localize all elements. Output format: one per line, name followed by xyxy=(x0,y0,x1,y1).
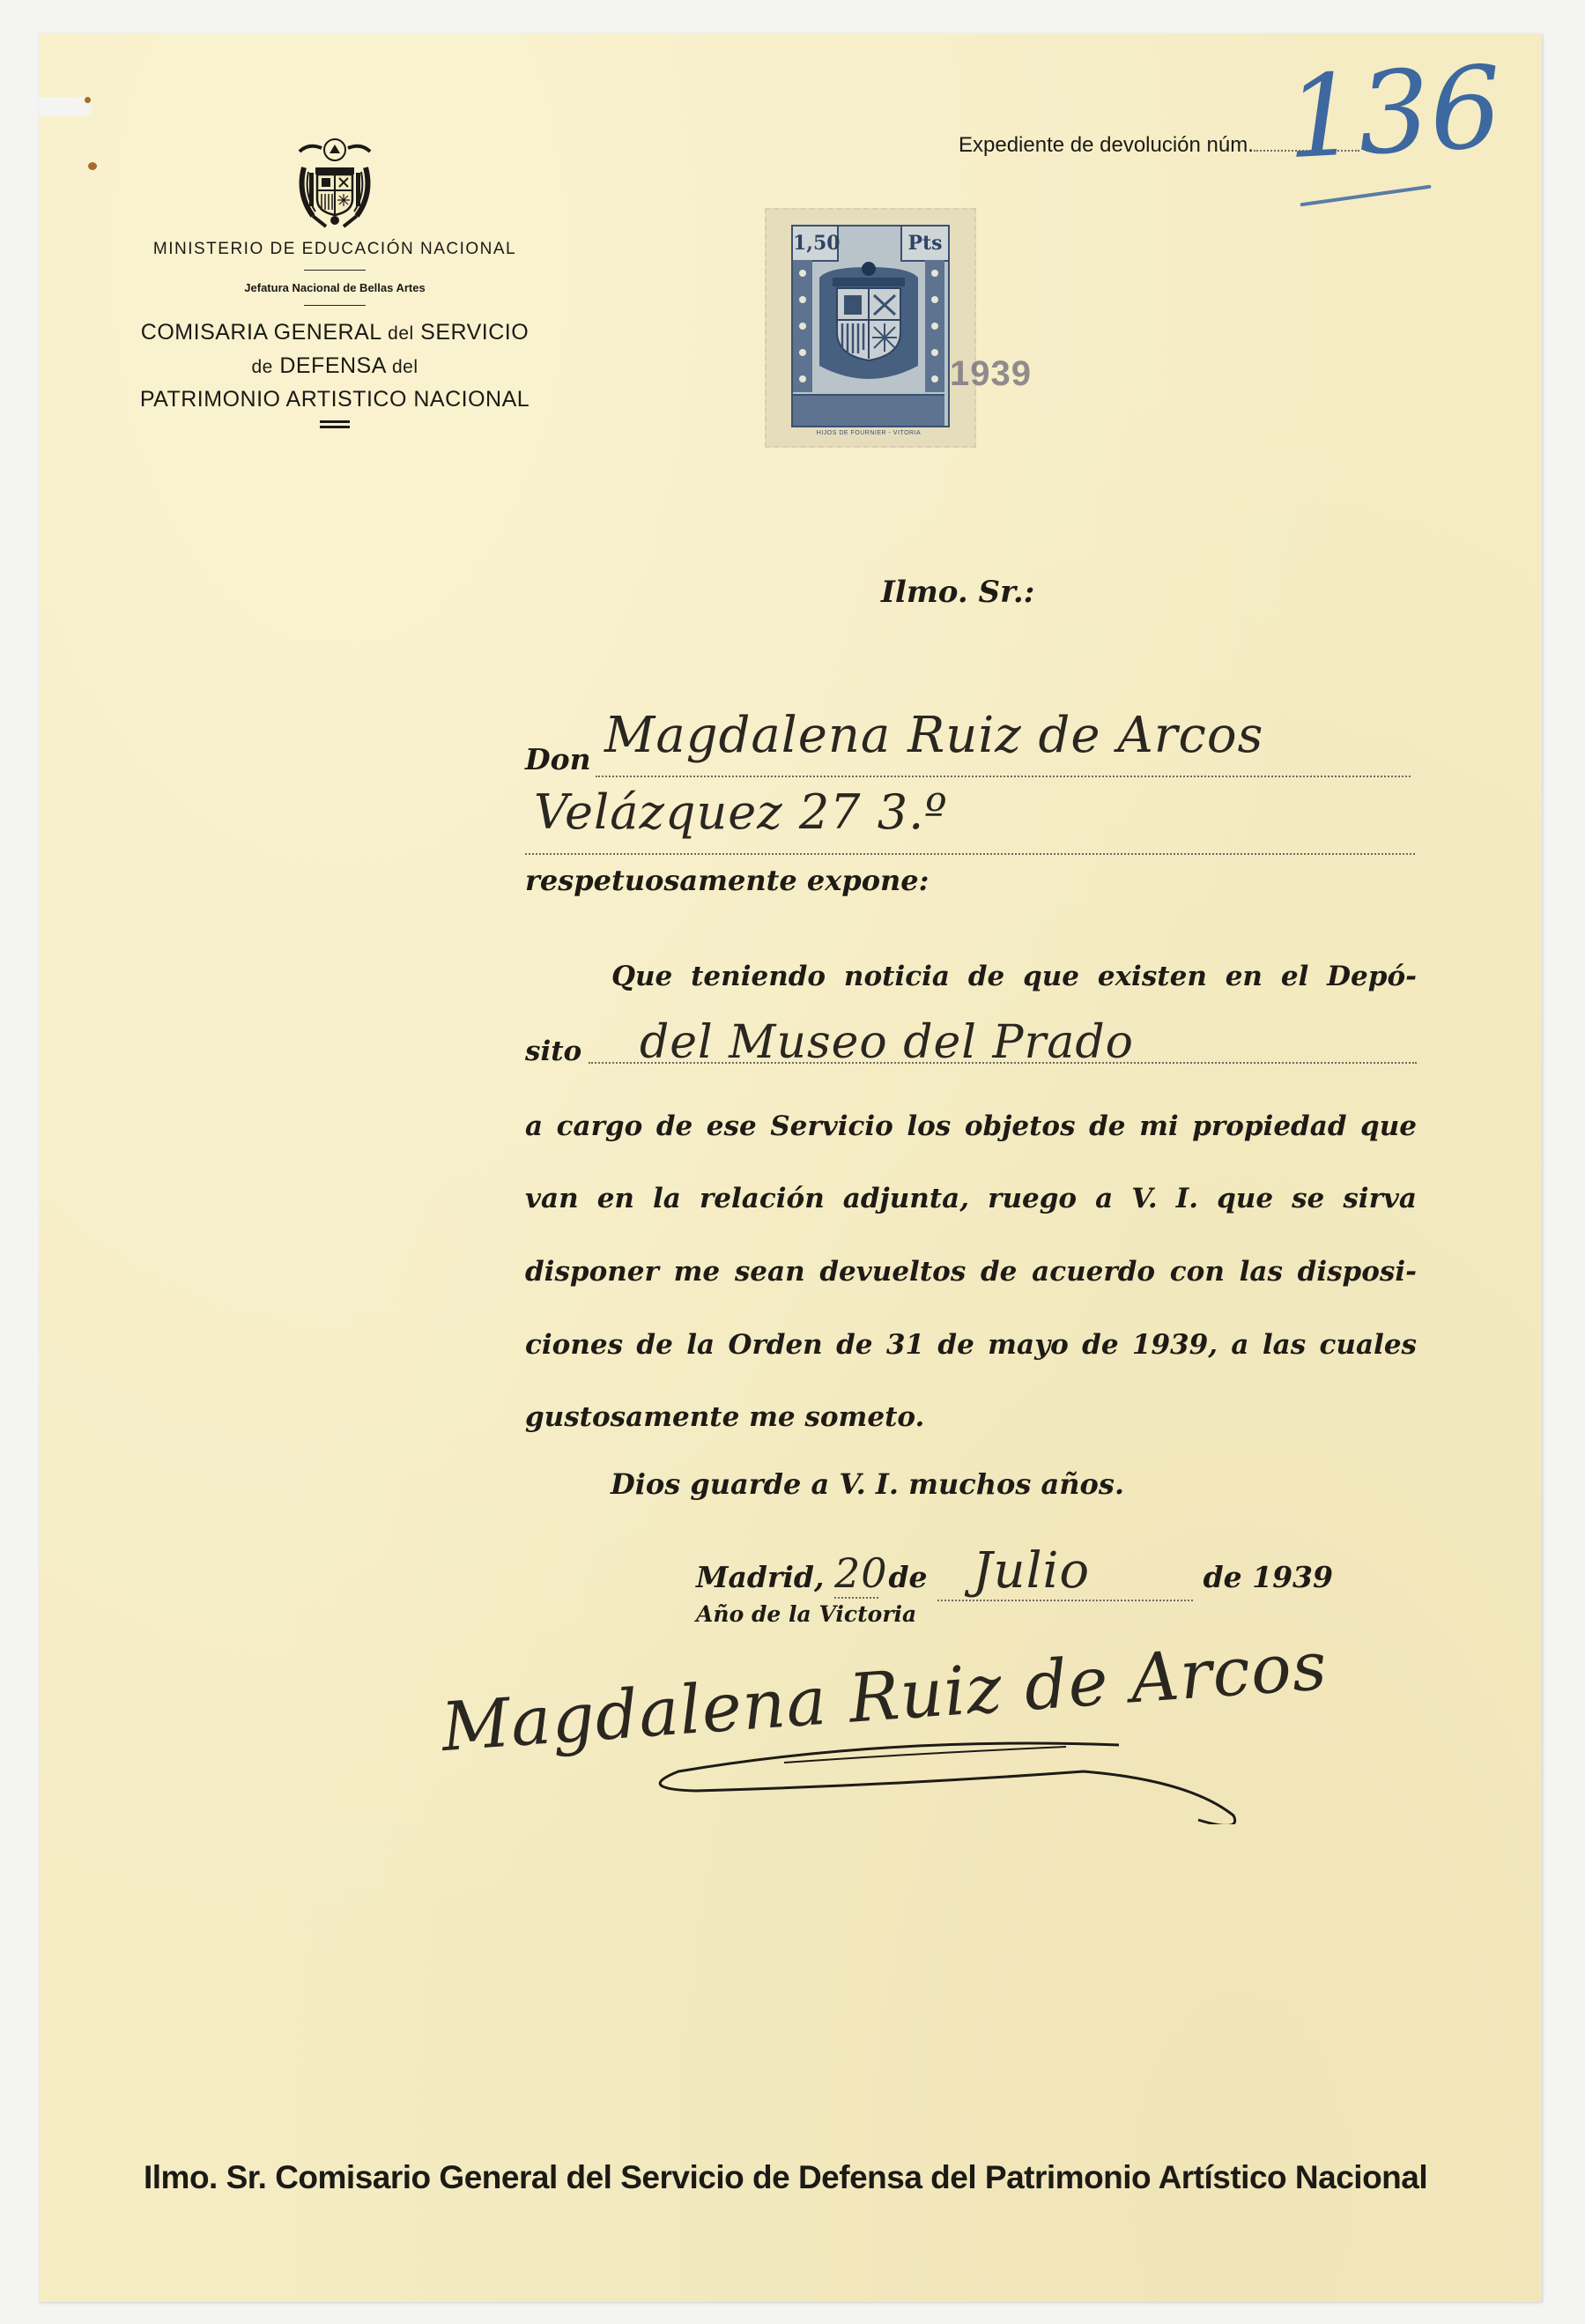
spanish-eagle-coat-of-arms-icon xyxy=(286,132,383,229)
body-line-7: gustosamente me someto. xyxy=(525,1401,1417,1433)
divider xyxy=(304,270,366,271)
body-line-4: van en la relación adjunta, ruego a V. I… xyxy=(525,1183,1417,1214)
body-line-3: a cargo de ese Servicio los objetos de m… xyxy=(525,1110,1417,1142)
comisaria-line1-b: del xyxy=(388,323,414,344)
signature-flourish xyxy=(626,1727,1260,1824)
de-label: de xyxy=(888,1560,927,1594)
jefatura-name: Jefatura Nacional de Bellas Artes xyxy=(88,281,581,294)
handwritten-deposito: del Museo del Prado xyxy=(640,1016,1134,1069)
name-line xyxy=(596,776,1411,777)
divider xyxy=(304,305,366,306)
victory-year: Año de la Victoria xyxy=(696,1601,916,1627)
comisaria-line1-c: SERVICIO xyxy=(420,320,529,345)
handwritten-name: Magdalena Ruiz de Arcos xyxy=(604,707,1263,764)
comisaria-line2-c: del xyxy=(392,357,418,377)
ministry-name: MINISTERIO DE EDUCACIÓN NACIONAL xyxy=(88,240,581,259)
comisaria-line2-a: de xyxy=(252,357,273,377)
stamp-cancellation: 1939 xyxy=(950,354,1032,394)
double-rule xyxy=(320,420,350,428)
salutation: Ilmo. Sr.: xyxy=(881,575,1034,610)
closing-formula: Dios guarde a V. I. muchos años. xyxy=(611,1467,1124,1501)
comisaria-line3: PATRIMONIO ARTISTICO NACIONAL xyxy=(88,383,581,415)
stamp-value-box: 1,50 xyxy=(793,226,839,262)
expediente-number: 136 xyxy=(1284,52,1505,176)
date-line: Madrid, 20 de Julio de 1939 xyxy=(696,1542,1410,1601)
stamp-value: 1,50 xyxy=(793,232,841,255)
stamp-printer: HIJOS DE FOURNIER - VITORIA xyxy=(793,430,944,436)
expediente-label: Expediente de devolución núm. xyxy=(959,133,1254,157)
rust-spot xyxy=(85,97,91,103)
stamp-coat-of-arms-icon xyxy=(793,260,944,392)
stamp-currency: Pts xyxy=(907,232,942,255)
body-paragraph: Que teniendo noticia de que existen en e… xyxy=(525,961,1417,1454)
address-line xyxy=(525,853,1415,855)
comisaria-line1-a: COMISARIA GENERAL xyxy=(141,320,381,345)
revenue-stamp: 1,50 Pts HIJOS DE FOURNIER - VITORIA xyxy=(791,225,950,427)
comisaria-title: COMISARIA GENERAL del SERVICIO de DEFENS… xyxy=(88,316,581,415)
stamp-bottom-border xyxy=(793,394,944,426)
deposito-line: sito del Museo del Prado xyxy=(525,1036,1417,1080)
body-line-1: Que teniendo noticia de que existen en e… xyxy=(611,961,1417,992)
handwritten-day: 20 xyxy=(834,1549,878,1599)
year: de 1939 xyxy=(1204,1560,1333,1594)
don-label: Don xyxy=(525,742,591,776)
handwritten-month: Julio xyxy=(937,1542,1193,1601)
addressee-footer: Ilmo. Sr. Comisario General del Servicio… xyxy=(144,2159,1427,2196)
comisaria-line2-b: DEFENSA xyxy=(279,353,385,378)
city: Madrid, xyxy=(696,1560,824,1594)
handwritten-address: Velázquez 27 3.º xyxy=(534,784,948,840)
body-line-5: disponer me sean devueltos de acuerdo co… xyxy=(525,1256,1417,1288)
letterhead: MINISTERIO DE EDUCACIÓN NACIONAL Jefatur… xyxy=(88,132,581,428)
body-line-6: ciones de la Orden de 31 de mayo de 1939… xyxy=(525,1329,1417,1361)
paper-tear xyxy=(39,97,92,116)
sito-label: sito xyxy=(525,1036,581,1067)
expone-text: respetuosamente expone: xyxy=(525,864,929,897)
stamp-currency-box: Pts xyxy=(900,226,948,262)
